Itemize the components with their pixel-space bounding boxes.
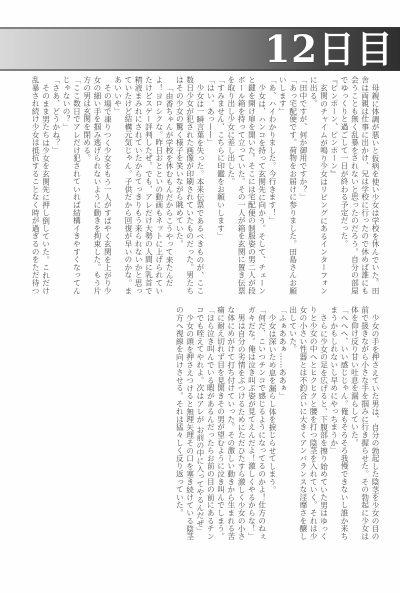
paragraph: 母親に体調が悪いと仮病を使い少女は学校を休んでいた。田舎は両親は仕事に出かけ、兄… bbox=[339, 76, 380, 298]
dialogue-line: 「はい。あっ——」 bbox=[205, 76, 215, 298]
dialogue-line: 「何だ、こいつチンコで感じるようになってるのかよ！仕方のねぇガキだな。俺は泣き叫… bbox=[246, 306, 267, 544]
dialogue-line: 「田中ですが、何か御用ですか？」 bbox=[298, 76, 308, 298]
paragraph: 少女の手を押さえていた男は、自分の勃起した陰茎を少女の目の前で扱きながら小さな手… bbox=[349, 306, 380, 544]
lower-text-block: 少女の手を押さえていた男は、自分の勃起した陰茎を少女の目の前で扱きながら小さな手… bbox=[175, 306, 380, 544]
paragraph: 少女の頭を押さえつけると無理矢理その口を塞き続けている陰茎の方へ視線を向けさせる… bbox=[175, 306, 195, 544]
dialogue-line: 「ふぁああぁ……ああぁ」 bbox=[277, 306, 287, 544]
paragraph: 男は自分の劣情をぶつけるためにただひたすら激しく少女の小さな体にめがけて打ち付け… bbox=[215, 306, 246, 544]
dialogue-line: 「さあ、どうかね？」 bbox=[51, 76, 61, 298]
dialogue-line: 「すみません、こちらに印鑑をお願いします」 bbox=[215, 76, 225, 298]
dialogue-line: 「ほら泣き叫んでいる暇があるんだったらお前の目の前にあるチンコでも咥えてやれよ。… bbox=[195, 306, 216, 544]
dialogue-line: 「あっ宅配便です。荷物をお届けに参りました。田島さんお願いします」 bbox=[277, 76, 298, 298]
dialogue-line: 『ピンポーン、ピンポーン』 bbox=[329, 76, 339, 298]
paragraph: 少女は深いため息を漏らし体を捩じらせてしまう。 bbox=[267, 306, 277, 544]
dialogue-line: 「ここ数日でアレだけ犯されていれば結構イきやすくなってんじゃないの？」 bbox=[61, 76, 82, 298]
paragraph: 「由香ちゃんが学校を休むもんだからこうやって来たんだよ！ヨロシクな。昨日おととい… bbox=[112, 76, 174, 298]
paragraph: 玄関のチャイムが鳴り少女はリビングにあるインターフォンに出る。 bbox=[308, 76, 329, 298]
paragraph: その場で凍りつく少女をもう一人がすばやく玄関を上がり少女の細い手を掴み逃げられな… bbox=[81, 76, 112, 298]
paragraph: そのまま男たちは少女を玄関先に押し倒していた。これだけ乱暴され続け少女は抵抗する… bbox=[30, 76, 51, 298]
novel-page: 12日目 母親に体調が悪いと仮病を使い少女は学校を休んでいた。田舎は両親は仕事に… bbox=[0, 0, 400, 593]
chapter-title: 12日目 bbox=[265, 26, 395, 72]
dialogue-line: 「あ、ハイわかりました。今行きます！」 bbox=[267, 76, 277, 298]
paragraph: 少女は、ハンコを持って玄関先に向かう。そして、チェーンと鍵を開け扉を開いた。そこ… bbox=[226, 76, 267, 298]
paragraph: 少女は一瞬言葉を失った。本来伝票であるべきものが、ここ数日少女が犯された画像が印… bbox=[174, 76, 205, 298]
upper-text-block: 母親に体調が悪いと仮病を使い少女は学校を休んでいた。田舎は両親は仕事に出かけ、兄… bbox=[30, 76, 380, 298]
paragraph: さらに少女の足を広げると、下腹部を擦り始めていた男はゆっくりと少女の中へとヒクヒ… bbox=[287, 306, 328, 544]
dialogue-line: 「へへへ、いい感じじゃん。俺もそろそろ我慢できないし誰か来ちまうかもしれないし早… bbox=[329, 306, 350, 544]
